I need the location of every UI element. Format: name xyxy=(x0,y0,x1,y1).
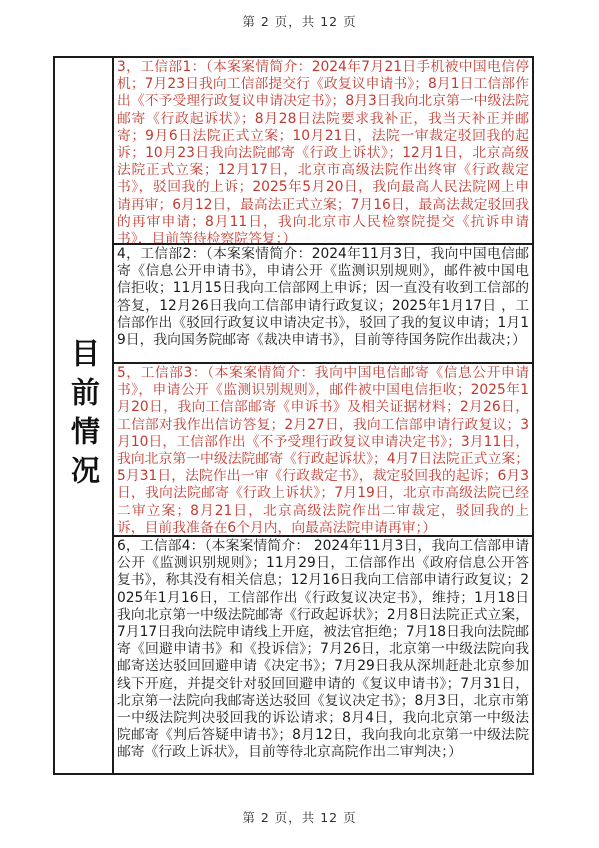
page-header: 第 2 页，共 12 页 xyxy=(0,12,599,30)
case-text-gongxinbu-3: 5，工信部3：（本案案情简介：我向中国电信邮寄《信息公开申请书》，申请公开《监测… xyxy=(117,365,529,537)
section-title-cell: 目前情况 xyxy=(55,58,114,773)
document-page: 第 2 页，共 12 页 目前情况 3，工信部1：（本案案情简介：2024年7月… xyxy=(0,0,599,848)
case-row-gongxinbu-1: 3，工信部1：（本案案情简介：2024年7月21日手机被中国电信停机；7月23日… xyxy=(114,58,532,245)
case-table: 目前情况 3，工信部1：（本案案情简介：2024年7月21日手机被中国电信停机；… xyxy=(53,56,534,775)
case-text-gongxinbu-1: 3，工信部1：（本案案情简介：2024年7月21日手机被中国电信停机；7月23日… xyxy=(117,59,529,245)
page-footer: 第 2 页，共 12 页 xyxy=(0,808,599,826)
case-rows: 3，工信部1：（本案案情简介：2024年7月21日手机被中国电信停机；7月23日… xyxy=(114,58,532,773)
case-row-gongxinbu-3: 5，工信部3：（本案案情简介：我向中国电信邮寄《信息公开申请书》，申请公开《监测… xyxy=(114,364,532,537)
case-row-gongxinbu-2: 4，工信部2：（本案案情简介：2024年11月3日，我向中国电信邮寄《信息公开申… xyxy=(114,245,532,364)
section-title: 目前情况 xyxy=(69,338,98,494)
case-text-gongxinbu-4: 6，工信部4：（本案案情简介： 2024年11月3日，我向工信部申请公开《监测识… xyxy=(117,538,529,762)
case-row-gongxinbu-4: 6，工信部4：（本案案情简介： 2024年11月3日，我向工信部申请公开《监测识… xyxy=(114,537,532,773)
case-text-gongxinbu-2: 4，工信部2：（本案案情简介：2024年11月3日，我向中国电信邮寄《信息公开申… xyxy=(117,246,529,349)
